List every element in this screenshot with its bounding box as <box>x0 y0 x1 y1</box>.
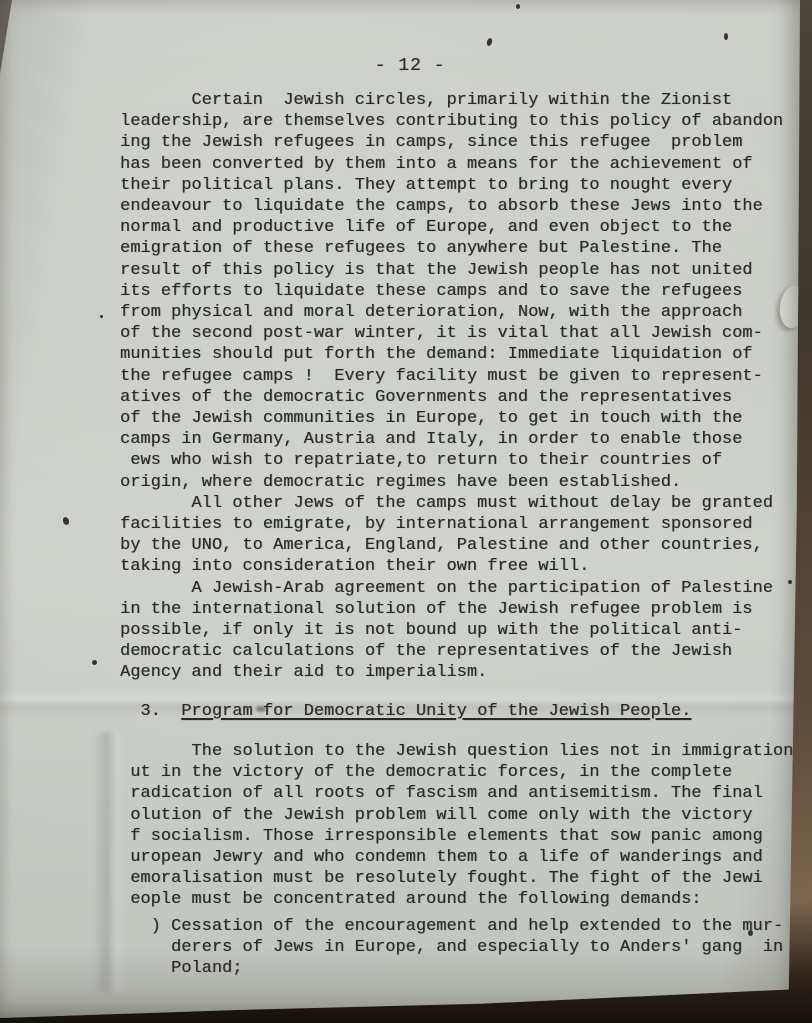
ink-speck <box>486 37 493 46</box>
paragraph: A Jewish-Arab agreement on the participa… <box>120 578 810 684</box>
text-line: ews who wish to repatriate,to return to … <box>120 450 810 471</box>
text-line: their political plans. They attempt to b… <box>120 175 810 196</box>
ink-speck <box>516 4 520 9</box>
desk-background: - 12 - Certain Jewish circles, primarily… <box>0 0 812 1023</box>
text-line: possible, if only it is not bound up wit… <box>120 620 810 641</box>
text-line: endeavour to liquidate the camps, to abs… <box>120 196 810 217</box>
text-line: The solution to the Jewish question lies… <box>120 741 810 762</box>
ink-smudge <box>256 706 266 712</box>
list-item: ) Cessation of the encouragement and hel… <box>120 916 810 980</box>
paragraph: Certain Jewish circles, primarily within… <box>120 90 810 493</box>
text-line: Certain Jewish circles, primarily within… <box>120 90 810 111</box>
text-line: All other Jews of the camps must without… <box>120 493 810 514</box>
text-line: result of this policy is that the Jewish… <box>120 260 810 281</box>
text-line: the refugee camps ! Every facility must … <box>120 366 810 387</box>
text-line: derers of Jews in Europe, and especially… <box>120 937 810 958</box>
text-line: has been converted by them into a means … <box>120 154 810 175</box>
page-number: - 12 - <box>10 56 810 76</box>
text-line: leadership, are themselves contributing … <box>120 111 810 132</box>
text-line: camps in Germany, Austria and Italy, in … <box>120 429 810 450</box>
text-line: origin, where democratic regimes have be… <box>120 472 810 493</box>
text-line: radication of all roots of fascism and a… <box>120 783 810 804</box>
heading-number: 3. <box>120 702 181 721</box>
text-line: olution of the Jewish problem will come … <box>120 805 810 826</box>
text-line: in the international solution of the Jew… <box>120 599 810 620</box>
section-heading: 3. Program for Democratic Unity of the J… <box>120 701 810 722</box>
text-line: normal and productive life of Europe, an… <box>120 217 810 238</box>
text-line: facilities to emigrate, by international… <box>120 514 810 535</box>
text-line: f socialism. Those irresponsible element… <box>120 826 810 847</box>
text-line: Agency and their aid to imperialism. <box>120 662 810 683</box>
text-line: ) Cessation of the encouragement and hel… <box>120 916 810 937</box>
text-line: taking into consideration their own free… <box>120 556 810 577</box>
text-line: Poland; <box>120 958 810 979</box>
text-body: Certain Jewish circles, primarily within… <box>120 90 810 979</box>
text-line: munities should put forth the demand: Im… <box>120 344 810 365</box>
text-line: emoralisation must be resolutely fought.… <box>120 868 810 889</box>
text-line: ing the Jewish refugees in camps, since … <box>120 132 810 153</box>
ink-speck <box>92 660 97 665</box>
ink-speck <box>62 516 70 526</box>
text-line: uropean Jewry and who condemn them to a … <box>120 847 810 868</box>
text-line: from physical and moral deterioration, N… <box>120 302 810 323</box>
text-line: of the Jewish communities in Europe, to … <box>120 408 810 429</box>
paragraph: The solution to the Jewish question lies… <box>120 741 810 911</box>
paragraph: All other Jews of the camps must without… <box>120 493 810 578</box>
text-line: its efforts to liquidate these camps and… <box>120 281 810 302</box>
ink-speck <box>748 930 753 936</box>
text-line: democratic calculations of the represent… <box>120 641 810 662</box>
text-line: A Jewish-Arab agreement on the participa… <box>120 578 810 599</box>
ink-speck <box>788 580 792 584</box>
text-line: emigration of these refugees to anywhere… <box>120 238 810 259</box>
text-line: by the UNO, to America, England, Palesti… <box>120 535 810 556</box>
text-line: eople must be concentrated around the fo… <box>120 889 810 910</box>
text-line: of the second post-war winter, it is vit… <box>120 323 810 344</box>
ink-speck <box>724 33 728 40</box>
text-line: ut in the victory of the democratic forc… <box>120 762 810 783</box>
text-line: atives of the democratic Governments and… <box>120 387 810 408</box>
scanned-page: - 12 - Certain Jewish circles, primarily… <box>0 0 800 1018</box>
ink-speck <box>100 315 103 318</box>
